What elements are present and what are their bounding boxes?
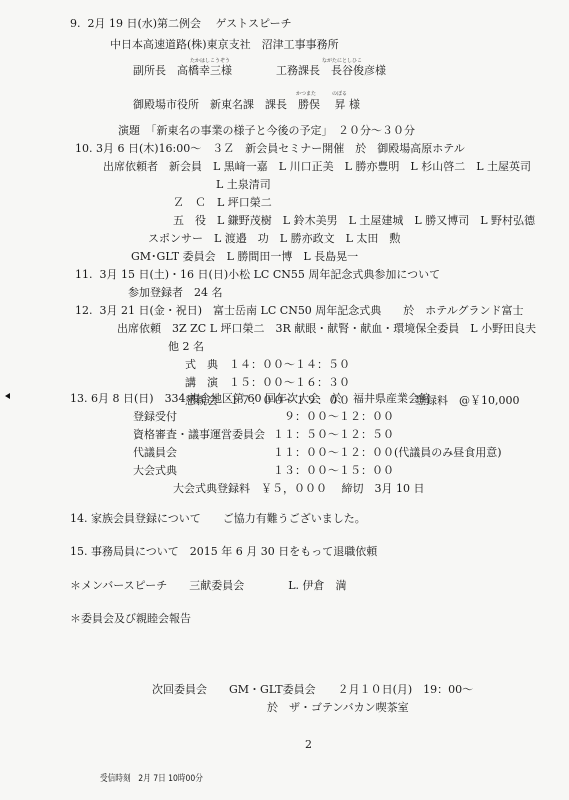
- item12-row2: 他 2 名: [168, 340, 204, 353]
- item13-s2-time: １１：５０～１２：５０: [273, 428, 394, 441]
- item13-s2-label: 資格審査・議事運営委員会: [133, 428, 265, 441]
- item10-row4: 五 役 L 鎌野茂樹 L 鈴木美男 L 土屋建城 L 勝又博司 L 野村弘德: [173, 214, 535, 227]
- document-page: 9. 2月 19 日(水)第二例会 ゲストスピーチ 中日本高速道路(株)東京支社…: [0, 0, 569, 800]
- item14: 14. 家族会員登録について ご協力有難うございました。: [70, 512, 366, 525]
- item12-sched1: 式 典 １４：００～１４：５０: [185, 358, 350, 371]
- item9-org: 中日本高速道路(株)東京支社 沼津工事事務所: [110, 38, 339, 51]
- item13-s4-label: 大会式典: [133, 464, 177, 477]
- item9-title: 演題 「新東名の事業の様子と今後の予定」 ２０分～３０分: [118, 124, 415, 137]
- item13-fee: 大会式典登録料 ￥５，０００ 締切 3月 10 日: [173, 482, 424, 495]
- item11-heading: 11. 3月 15 日(土)・16 日(日)小松 LC CN55 周年記念式典参…: [75, 268, 440, 281]
- item13-s4-time: １３：００～１５：００: [273, 464, 394, 477]
- item11-row1: 参加登録者 24 名: [128, 286, 223, 299]
- item10-row5: スポンサー L 渡邉 功 L 勝亦政文 L 太田 勲: [148, 232, 400, 245]
- next-meeting-line1: 次回委員会 GM・GLT委員会 ２月１０日(月) 19：00～: [152, 683, 473, 696]
- item12-row1: 出席依頼 3Z ZC L 坪口榮二 3R 献眼・献腎・献血・環境保全委員 L 小…: [117, 322, 536, 335]
- item15: 15. 事務局員について 2015 年 6 月 30 日をもって退職依頼: [70, 545, 377, 558]
- item10-row1: 出席依頼者 新会員 L 黒﨑一嘉 L 川口正美 L 勝亦豊明 L 杉山啓二 L …: [103, 160, 531, 173]
- item12-sched2: 講 演 １５：００～１６：３０: [185, 376, 350, 389]
- page-number: 2: [305, 738, 312, 751]
- next-meeting-line2: 於 ザ・ゴテンバカン喫茶室: [267, 701, 409, 714]
- item10-row2: L 土泉清司: [216, 178, 271, 191]
- margin-arrow-icon: [5, 393, 10, 399]
- ruby-katsumata: かつまた: [296, 91, 316, 97]
- ruby-noboru: のぼる: [332, 91, 347, 97]
- item9-guest2: 御殿場市役所 新東名課 課長 勝俣 昇 様: [133, 98, 360, 111]
- committee-report: ＊委員会及び親睦会報告: [70, 612, 191, 625]
- member-speech: ＊メンバースピーチ 三献委員会 L. 伊倉 満: [70, 579, 347, 592]
- item9-heading: 9. 2月 19 日(水)第二例会 ゲストスピーチ: [70, 17, 292, 30]
- fax-received-time: 受信時刻 2月 7日 10時00分: [100, 773, 203, 786]
- item13-s1-label: 登録受付: [133, 410, 177, 423]
- item10-row6: GM･GLT 委員会 L 勝間田一博 L 長島晃一: [131, 250, 358, 263]
- item10-row3: Ｚ Ｃ L 坪口榮二: [173, 196, 272, 209]
- item10-heading: 10. 3月 6 日(木)16:00～ ３Ｚ 新会員セミナー開催 於 御殿場高原…: [75, 142, 465, 155]
- item13-s3-time: １１：００～１２：００(代議員のみ昼食用意): [273, 446, 502, 459]
- item9-guest1: 副所長 高橋幸三様 工務課長 長谷俊彦様: [133, 64, 386, 77]
- item13-heading: 13. 6月 8 日(日) 334 複合地区第 60 回年次大会 於 福井県産業…: [70, 392, 430, 405]
- item13-s3-label: 代議員会: [133, 446, 177, 459]
- item12-heading: 12. 3月 21 日(金・祝日) 富士岳南 LC CN50 周年記念式典 於 …: [75, 304, 524, 317]
- item12-fee: 登録料 @￥10,000: [415, 394, 520, 407]
- item13-s1-time: ９：００～１２：００: [273, 410, 394, 423]
